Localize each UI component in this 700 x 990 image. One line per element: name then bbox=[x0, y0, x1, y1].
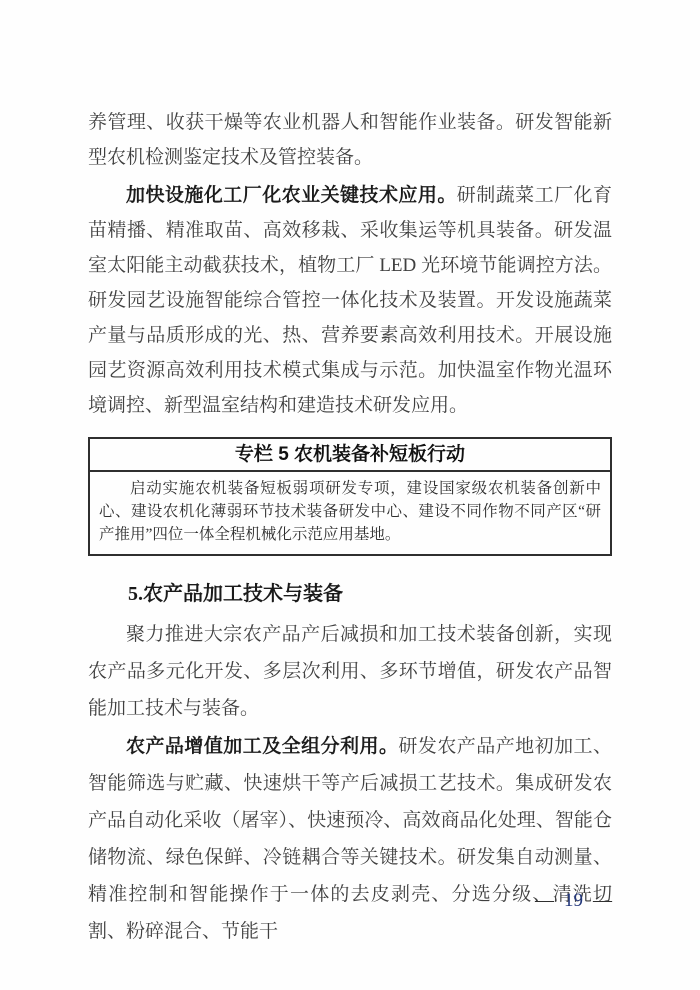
paragraph-bold-lead: 加快设施化工厂化农业关键技术应用。 bbox=[126, 185, 457, 206]
page-number: 19 bbox=[564, 890, 583, 911]
paragraph-facility-agriculture: 加快设施化工厂化农业关键技术应用。研制蔬菜工厂化育苗精播、精准取苗、高效移栽、采… bbox=[88, 178, 612, 423]
column-box-body: 启动实施农机装备短板弱项研发专项，建设国家级农机装备创新中心、建设农机化薄弱环节… bbox=[90, 472, 610, 554]
footer-dash-left: — bbox=[535, 890, 554, 911]
footer-dash-right: — bbox=[593, 890, 612, 911]
section-heading-5: 5.农产品加工技术与装备 bbox=[88, 580, 612, 608]
paragraph-value-added-processing: 农产品增值加工及全组分利用。研发农产品产地初加工、智能筛选与贮藏、快速烘干等产后… bbox=[88, 728, 612, 950]
page-content: 养管理、收获干燥等农业机器人和智能作业装备。研发智能新型农机检测鉴定技术及管控装… bbox=[88, 105, 612, 950]
column-box-5: 专栏 5 农机装备补短板行动 启动实施农机装备短板弱项研发专项，建设国家级农机装… bbox=[88, 437, 612, 556]
paragraph-text: 研发农产品产地初加工、智能筛选与贮藏、快速烘干等产后减损工艺技术。集成研发农产品… bbox=[88, 736, 612, 942]
paragraph-text: 研制蔬菜工厂化育苗精播、精准取苗、高效移栽、采收集运等机具装备。研发温室太阳能主… bbox=[88, 185, 612, 416]
paragraph-processing-intro: 聚力推进大宗农产品产后减损和加工技术装备创新，实现农产品多元化开发、多层次利用、… bbox=[88, 616, 612, 727]
paragraph-continuation: 养管理、收获干燥等农业机器人和智能作业装备。研发智能新型农机检测鉴定技术及管控装… bbox=[88, 105, 612, 175]
paragraph-text: 聚力推进大宗农产品产后减损和加工技术装备创新，实现农产品多元化开发、多层次利用、… bbox=[88, 624, 612, 719]
paragraph-text: 养管理、收获干燥等农业机器人和智能作业装备。研发智能新型农机检测鉴定技术及管控装… bbox=[88, 112, 612, 168]
column-box-title: 专栏 5 农机装备补短板行动 bbox=[90, 439, 610, 472]
document-page: 养管理、收获干燥等农业机器人和智能作业装备。研发智能新型农机检测鉴定技术及管控装… bbox=[0, 0, 700, 990]
page-footer: —19— bbox=[535, 887, 612, 915]
paragraph-bold-lead: 农产品增值加工及全组分利用。 bbox=[126, 736, 398, 757]
